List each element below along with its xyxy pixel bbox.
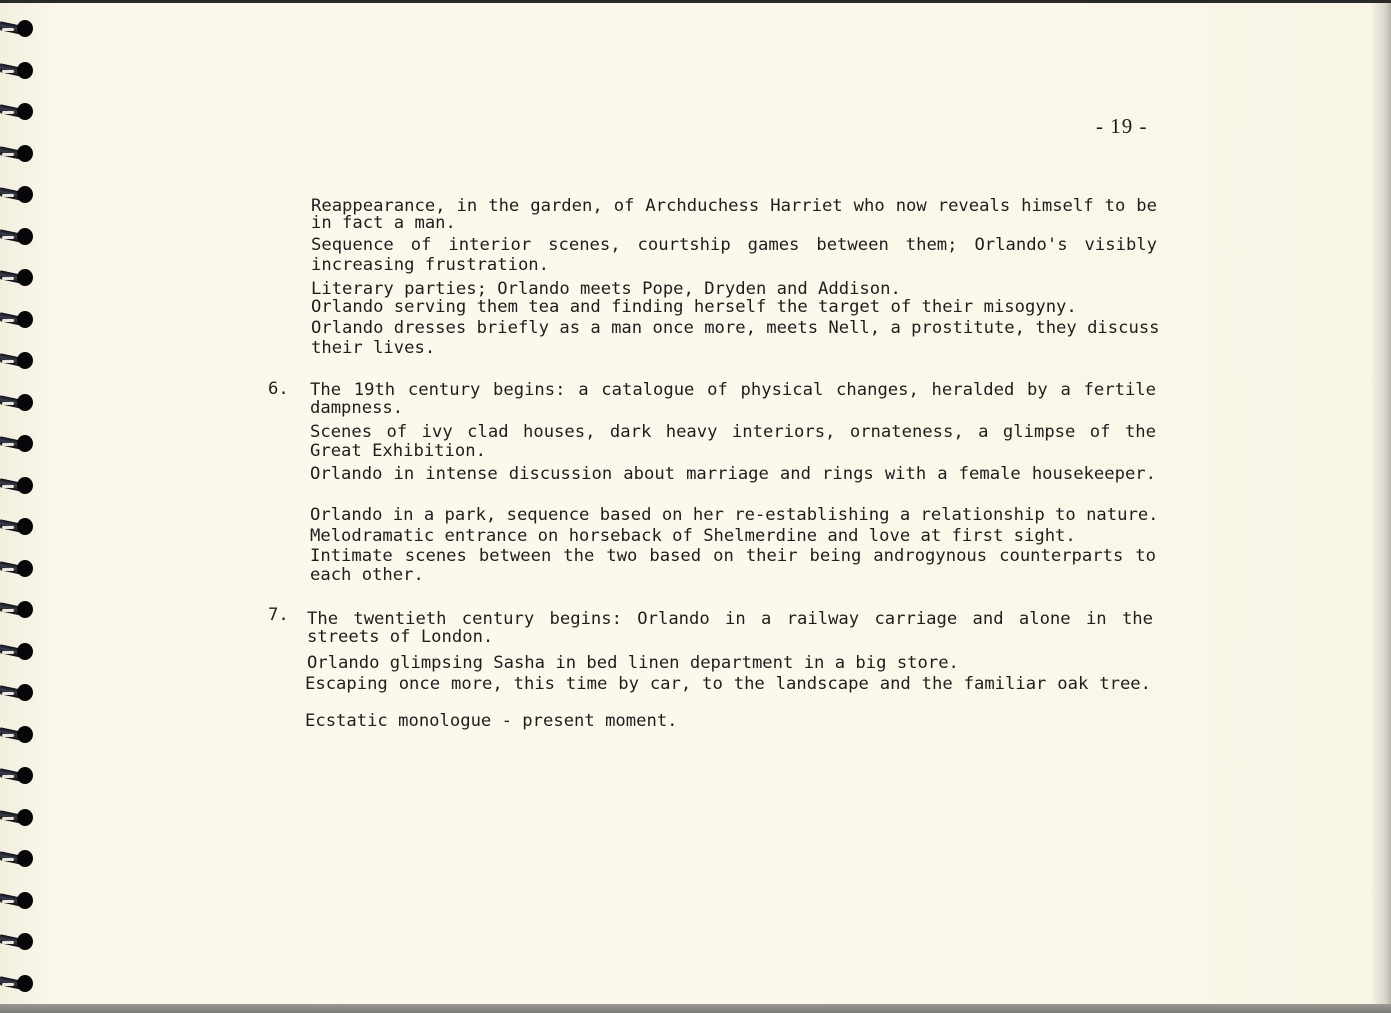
intro-line: their lives. xyxy=(311,339,435,357)
spiral-ring-icon xyxy=(0,267,34,289)
item-line: Intimate scenes between the two based on… xyxy=(310,547,1156,565)
page-bottom-edge xyxy=(0,1004,1391,1013)
intro-line: Orlando serving them tea and finding her… xyxy=(311,298,1077,316)
spiral-ring-icon xyxy=(0,18,34,40)
spiral-ring-icon xyxy=(0,807,34,829)
spiral-ring-icon xyxy=(0,350,34,372)
item-line: Escaping once more, this time by car, to… xyxy=(305,675,1151,693)
intro-line: Sequence of interior scenes, courtship g… xyxy=(311,236,1157,254)
spiral-ring-icon xyxy=(0,226,34,248)
item-line: Ecstatic monologue - present moment. xyxy=(305,712,678,730)
intro-line: increasing frustration. xyxy=(311,256,549,274)
item-line: Great Exhibition. xyxy=(310,442,486,460)
page-top-edge xyxy=(0,0,1391,3)
spiral-ring-icon xyxy=(0,433,34,455)
item-line: streets of London. xyxy=(307,628,493,646)
spiral-ring-icon xyxy=(0,641,34,663)
spiral-ring-icon xyxy=(0,143,34,165)
item-line: each other. xyxy=(310,566,424,584)
page-number: - 19 - xyxy=(1096,114,1148,139)
spiral-ring-icon xyxy=(0,184,34,206)
spiral-ring-icon xyxy=(0,392,34,414)
spiral-ring-icon xyxy=(0,60,34,82)
item-line: Scenes of ivy clad houses, dark heavy in… xyxy=(310,423,1156,441)
spiral-ring-icon xyxy=(0,931,34,953)
intro-line: in fact a man. xyxy=(311,214,456,232)
item-line: Orlando glimpsing Sasha in bed linen dep… xyxy=(307,654,959,672)
spiral-ring-icon xyxy=(0,890,34,912)
item-line: Orlando in intense discussion about marr… xyxy=(310,465,1156,483)
spiral-ring-icon xyxy=(0,475,34,497)
spiral-ring-icon xyxy=(0,682,34,704)
item-line: dampness. xyxy=(310,399,403,417)
spiral-ring-icon xyxy=(0,599,34,621)
spiral-ring-icon xyxy=(0,516,34,538)
item-line: Orlando in a park, sequence based on her… xyxy=(310,506,1156,524)
intro-line: Orlando dresses briefly as a man once mo… xyxy=(311,319,1157,337)
spiral-ring-icon xyxy=(0,101,34,123)
item-number: 7. xyxy=(268,606,289,624)
spiral-ring-icon xyxy=(0,724,34,746)
spiral-ring-icon xyxy=(0,309,34,331)
document-page: - 19 - Reappearance, in the garden, of A… xyxy=(0,0,1391,1013)
spiral-ring-icon xyxy=(0,558,34,580)
spiral-ring-icon xyxy=(0,848,34,870)
item-line: The twentieth century begins: Orlando in… xyxy=(307,610,1153,628)
item-number: 6. xyxy=(268,380,289,398)
intro-line: Literary parties; Orlando meets Pope, Dr… xyxy=(311,280,901,298)
spiral-ring-icon xyxy=(0,973,34,995)
spiral-binding xyxy=(0,18,40,1013)
spiral-ring-icon xyxy=(0,765,34,787)
item-line: Melodramatic entrance on horseback of Sh… xyxy=(310,527,1076,545)
item-line: The 19th century begins: a catalogue of … xyxy=(310,381,1156,399)
